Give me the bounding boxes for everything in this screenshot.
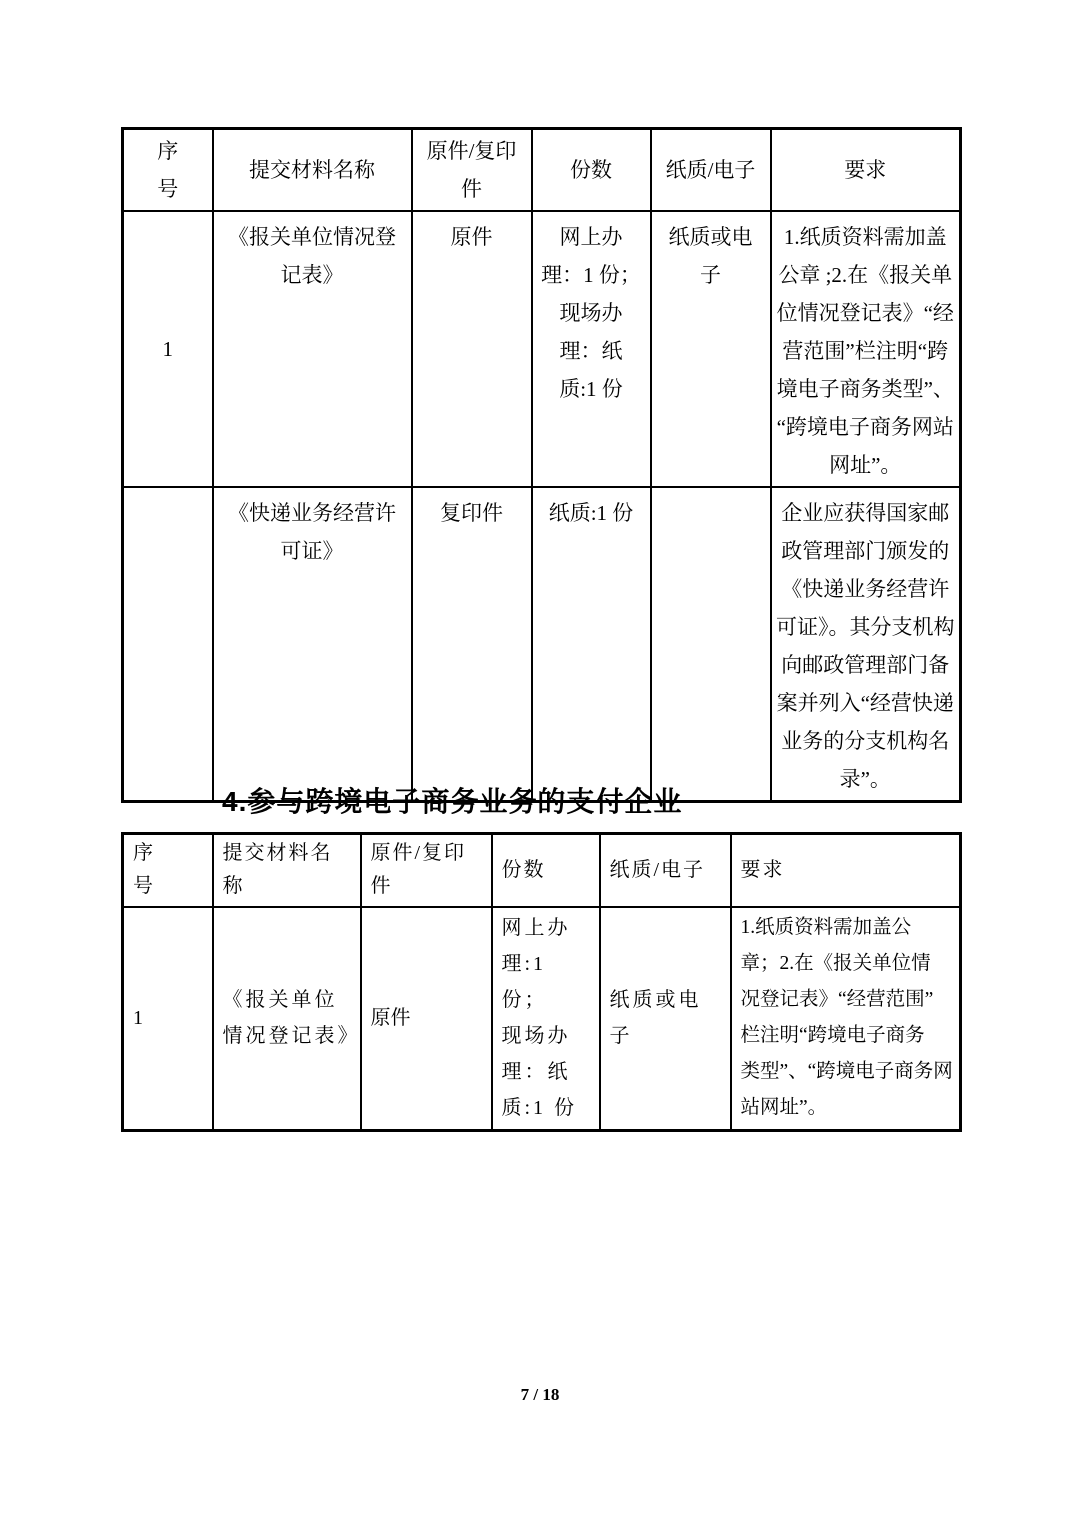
- header-seq: 序 号: [123, 834, 213, 907]
- paper-or-electronic-cell: 纸质或电 子: [600, 907, 731, 1131]
- document-page: 序 号 提交材料名称 原件/复印 件 份数 纸质/电子 要求 1 《报关单位情况…: [0, 0, 1080, 1526]
- header-requirement: 要求: [731, 834, 961, 907]
- table2-header-row: 序 号 提交材料名 称 原件/复印 件 份数 纸质/电子 要求: [123, 834, 961, 907]
- copies-cell: 纸质:1 份: [532, 487, 651, 802]
- seq-cell: [123, 487, 213, 802]
- header-paper-or-electronic: 纸质/电子: [651, 129, 771, 212]
- materials-table-payment-enterprise: 序 号 提交材料名 称 原件/复印 件 份数 纸质/电子 要求 1 《报关单位 …: [121, 832, 962, 1132]
- seq-cell: 1: [123, 211, 213, 487]
- copies-cell: 网上办 理:1 份； 现场办 理：纸 质:1 份: [492, 907, 600, 1131]
- page-number: 7 / 18: [0, 1385, 1080, 1405]
- original-or-copy-cell: 原件: [412, 211, 532, 487]
- section-heading: 4.参与跨境电子商务业务的支付企业: [222, 784, 682, 820]
- header-requirement: 要求: [771, 129, 961, 212]
- header-original-or-copy: 原件/复印 件: [412, 129, 532, 212]
- requirement-cell: 1.纸质资料需加盖公 章；2.在《报关单位情 况登记表》“经营范围” 栏注明“跨…: [731, 907, 961, 1131]
- paper-or-electronic-cell: 纸质或电 子: [651, 211, 771, 487]
- table-row: 1 《报关单位情况登 记表》 原件 网上办 理：1 份； 现场办 理：纸 质:1…: [123, 211, 961, 487]
- table1-header-row: 序 号 提交材料名称 原件/复印 件 份数 纸质/电子 要求: [123, 129, 961, 212]
- header-copies: 份数: [532, 129, 651, 212]
- header-original-or-copy: 原件/复印 件: [361, 834, 492, 907]
- table-row: 1 《报关单位 情况登记表》 原件 网上办 理:1 份； 现场办 理：纸 质:1…: [123, 907, 961, 1131]
- original-or-copy-cell: 原件: [361, 907, 492, 1131]
- material-name-cell: 《报关单位 情况登记表》: [213, 907, 361, 1131]
- header-seq: 序 号: [123, 129, 213, 212]
- seq-cell: 1: [123, 907, 213, 1131]
- header-paper-or-electronic: 纸质/电子: [600, 834, 731, 907]
- header-material-name: 提交材料名 称: [213, 834, 361, 907]
- copies-cell: 网上办 理：1 份； 现场办 理：纸 质:1 份: [532, 211, 651, 487]
- material-name-cell: 《报关单位情况登 记表》: [213, 211, 412, 487]
- material-name-cell: 《快递业务经营许 可证》: [213, 487, 412, 802]
- requirement-cell: 企业应获得国家邮 政管理部门颁发的 《快递业务经营许 可证》。其分支机构 向邮政…: [771, 487, 961, 802]
- materials-table-express-enterprise: 序 号 提交材料名称 原件/复印 件 份数 纸质/电子 要求 1 《报关单位情况…: [121, 127, 962, 803]
- header-material-name: 提交材料名称: [213, 129, 412, 212]
- paper-or-electronic-cell: [651, 487, 771, 802]
- header-copies: 份数: [492, 834, 600, 907]
- original-or-copy-cell: 复印件: [412, 487, 532, 802]
- requirement-cell: 1.纸质资料需加盖 公章 ;2.在《报关单 位情况登记表》“经 营范围”栏注明“…: [771, 211, 961, 487]
- table-row: 《快递业务经营许 可证》 复印件 纸质:1 份 企业应获得国家邮 政管理部门颁发…: [123, 487, 961, 802]
